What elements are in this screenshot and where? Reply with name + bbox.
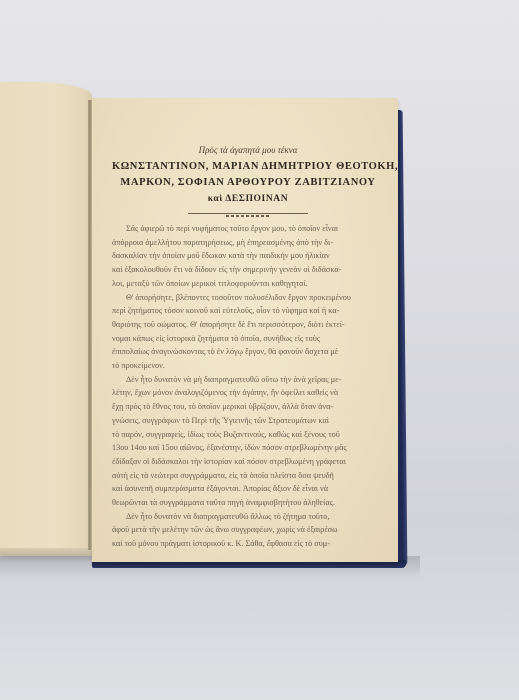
text-line: Θ' ἀπορήσητε, βλέποντες τοσοῦτον πολυσέλ… bbox=[112, 291, 384, 305]
text-line: δασκαλίαν τὴν ὁποίαν μοῦ ἔδωκαν κατὰ τὴν… bbox=[112, 249, 384, 263]
text-line: λοι, μεταξὺ τῶν ὁποίων μερικοὶ τιτλοφορο… bbox=[112, 277, 384, 291]
book-gutter bbox=[88, 100, 92, 550]
right-page: Πρὸς τὰ ἀγαπητά μου τέκνα ΚΩΝΣΤΑΝΤΙΝΟΝ, … bbox=[92, 98, 398, 562]
text-line: τὸ προκείμενον. bbox=[112, 359, 384, 373]
title-line-1: ΚΩΝΣΤΑΝΤΙΝΟΝ, ΜΑΡΙΑΝ ΔΗΜΗΤΡΙΟΥ ΘΕΟΤΟΚΗ, bbox=[112, 159, 384, 175]
text-line: Δὲν ἦτο δυνατὸν νὰ διαπραγματευθῶ ἄλλως … bbox=[112, 510, 384, 524]
paragraph-4: Δὲν ἦτο δυνατὸν νὰ διαπραγματευθῶ ἄλλως … bbox=[112, 510, 384, 551]
text-line: Σᾶς ἀφιερῶ τὸ περὶ νυφήματος τοῦτο ἔργον… bbox=[112, 222, 384, 236]
text-line: περὶ ζητήματος τόσον κοινοῦ καὶ εὐτελοῦς… bbox=[112, 304, 384, 318]
text-line: θαριότης τοῦ σώματος. Θ' ἀπορήσητε δὲ ἔτ… bbox=[112, 318, 384, 332]
body-text: Σᾶς ἀφιερῶ τὸ περὶ νυφήματος τοῦτο ἔργον… bbox=[112, 222, 384, 551]
text-line: καὶ τοῦ μόνου πράγματι ἱστορικοῦ κ. Κ. Σ… bbox=[112, 537, 384, 551]
text-line: ἀπόρροια ἀμελλήτου παρατηρήσεως, μὴ ἐπηρ… bbox=[112, 236, 384, 250]
paragraph-3: Δὲν ἦτο δυνατὸν νὰ μὴ διαπραγματευθῶ οὕτ… bbox=[112, 373, 384, 510]
text-line: λέτην, ἔχων μόνον ἀναλογιζόμενος τὴν ἀγά… bbox=[112, 386, 384, 400]
page-content: Πρὸς τὰ ἀγαπητά μου τέκνα ΚΩΝΣΤΑΝΤΙΝΟΝ, … bbox=[112, 145, 384, 551]
text-line: ἐπιπολαίως ἀναγινώσκοντας τὸ ἐν λόγῳ ἔργ… bbox=[112, 345, 384, 359]
text-line: θεωρῶνται τὰ συγγράμματα ταῦτα πηγὴ ἀναμ… bbox=[112, 496, 384, 510]
text-line: αὐτὴ εἰς τὰ νεώτερα συγγράμματα, εἰς τὰ … bbox=[112, 469, 384, 483]
paragraph-2: Θ' ἀπορήσητε, βλέποντες τοσοῦτον πολυσέλ… bbox=[112, 291, 384, 373]
text-line: τὸ παρόν, συγγραφείς, ἰδίως τοὺς Βυζαντι… bbox=[112, 428, 384, 442]
title-line-3: καὶ ΔΕΣΠΟΙΝΑΝ bbox=[112, 191, 384, 207]
text-line: ἐδίδαξαν οἱ διδάσκαλοι τὴν ἱστορίαν καὶ … bbox=[112, 455, 384, 469]
text-line: γνώσεις, συγγράφων τὸ Περὶ τῆς Ὑγιεινῆς … bbox=[112, 414, 384, 428]
text-line: 13ου 14ου καὶ 15ου αἰῶνος, ἐξανέστην, ἰδ… bbox=[112, 441, 384, 455]
text-line: ἔχῃ πρὸς τὸ ἔθνος του, τὸ ὁποῖον μερικοὶ… bbox=[112, 400, 384, 414]
left-page-edge bbox=[0, 548, 92, 556]
title-line-2: ΜΑΡΚΟΝ, ΣΟΦΙΑΝ ΑΡΘΟΥΡΟΥ ΖΑΒΙΤΖΙΑΝΟΥ bbox=[112, 175, 384, 191]
text-line: Δὲν ἦτο δυνατὸν νὰ μὴ διαπραγματευθῶ οὕτ… bbox=[112, 373, 384, 387]
text-line: καὶ ἀσυνεπῆ συμπεράσματα ἐξάγονται. Ἀπορ… bbox=[112, 482, 384, 496]
book-photo-scene: Πρὸς τὰ ἀγαπητά μου τέκνα ΚΩΝΣΤΑΝΤΙΝΟΝ, … bbox=[0, 0, 519, 700]
paragraph-1: Σᾶς ἀφιερῶ τὸ περὶ νυφήματος τοῦτο ἔργον… bbox=[112, 222, 384, 291]
ornamental-divider bbox=[188, 213, 308, 214]
text-line: ἀφοῦ μετὰ τὴν μελέτην τῶν ὡς ἄνω συγγραφ… bbox=[112, 523, 384, 537]
dedication-line: Πρὸς τὰ ἀγαπητά μου τέκνα bbox=[112, 145, 384, 155]
text-line: νομαι κάπως εἰς ἱστορικὰ ζητήματα τὰ ὁπο… bbox=[112, 332, 384, 346]
left-page bbox=[0, 82, 92, 554]
text-line: καὶ ἐξακολουθοῦν ἔτι νὰ δίδουν εἰς τὴν σ… bbox=[112, 263, 384, 277]
